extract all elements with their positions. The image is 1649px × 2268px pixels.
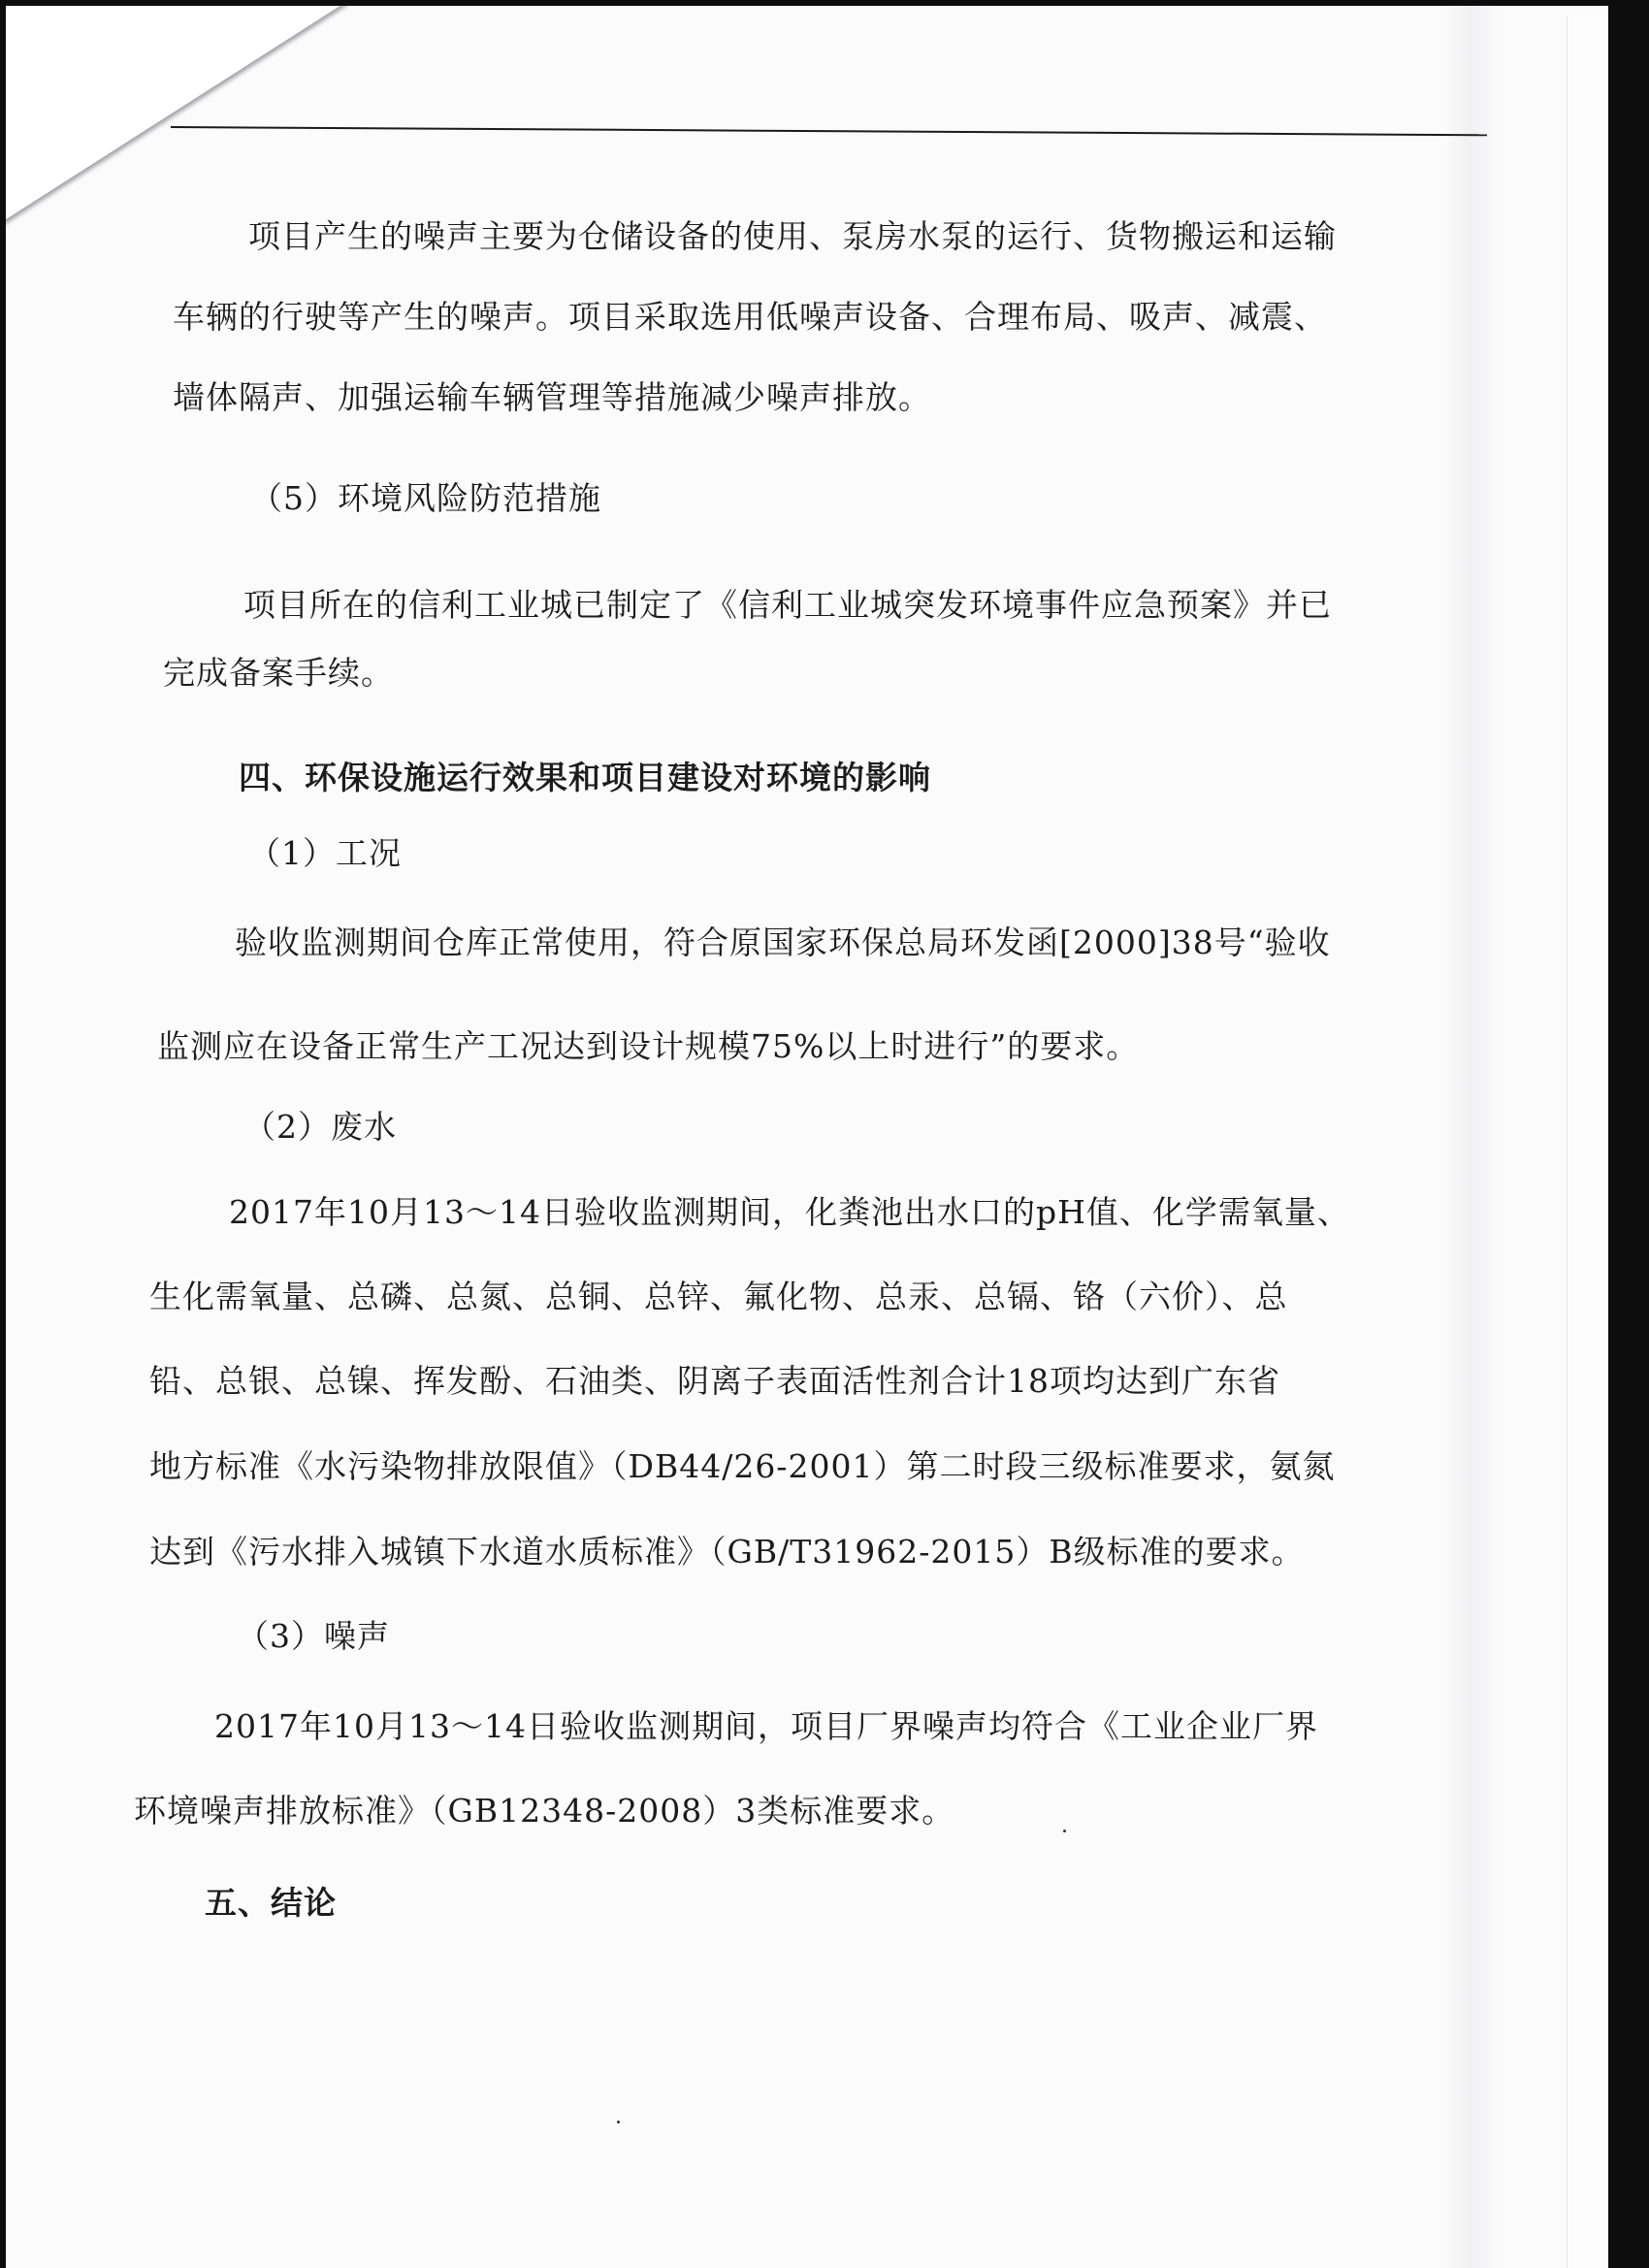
paragraph-line: 验收监测期间仓库正常使用，符合原国家环保总局环发函[2000]38号“验收 (235, 918, 1331, 963)
paragraph-line: 项目产生的噪声主要为仓储设备的使用、泵房水泵的运行、货物搬运和运输 (248, 211, 1337, 257)
paragraph-line: 2017年10月13～14日验收监测期间，项目厂界噪声均符合《工业企业厂界 (214, 1701, 1318, 1747)
subheading: （5）环境风险防范措施 (250, 473, 601, 519)
paragraph-line: 监测应在设备正常生产工况达到设计规模75%以上时进行”的要求。 (157, 1021, 1139, 1067)
folded-corner (6, 6, 349, 223)
paragraph-line: 项目所在的信利工业城已制定了《信利工业城突发环境事件应急预案》并已 (243, 580, 1332, 626)
scanned-page: 项目产生的噪声主要为仓储设备的使用、泵房水泵的运行、货物搬运和运输 车辆的行驶等… (6, 6, 1608, 2268)
paragraph-line: 环境噪声排放标准》（GB12348-2008）3类标准要求。 (134, 1786, 954, 1831)
paragraph-line: 完成备案手续。 (163, 648, 394, 694)
section-heading: 四、环保设施运行效果和项目建设对环境的影响 (239, 753, 931, 798)
paragraph-line: 生化需氧量、总磷、总氮、总铜、总锌、氟化物、总汞、总镉、铬（六价）、总 (149, 1272, 1288, 1317)
header-rule (171, 126, 1487, 136)
paragraph-line: 达到《污水排入城镇下水道水质标准》（GB/T31962-2015）B级标准的要求… (149, 1527, 1305, 1572)
subheading: （1）工况 (248, 828, 402, 874)
subheading: （3）噪声 (237, 1611, 390, 1657)
paragraph-line: 车辆的行驶等产生的噪声。项目采取选用低噪声设备、合理布局、吸声、减震、 (173, 292, 1327, 338)
scan-speck (1063, 1830, 1066, 1832)
paragraph-line: 墙体隔声、加强运输车辆管理等措施减少噪声排放。 (173, 373, 931, 418)
section-heading: 五、结论 (205, 1878, 337, 1924)
paragraph-line: 地方标准《水污染物排放限值》（DB44/26-2001）第二时段三级标准要求，氨… (149, 1442, 1335, 1487)
scan-edge-strip (1567, 16, 1608, 2268)
paragraph-line: 2017年10月13～14日验收监测期间，化粪池出水口的pH值、化学需氧量、 (229, 1187, 1350, 1233)
paragraph-line: 铅、总银、总镍、挥发酚、石油类、阴离子表面活性剂合计18项均达到广东省 (149, 1356, 1280, 1402)
subheading: （2）废水 (243, 1102, 397, 1148)
scan-speck (617, 2121, 620, 2123)
